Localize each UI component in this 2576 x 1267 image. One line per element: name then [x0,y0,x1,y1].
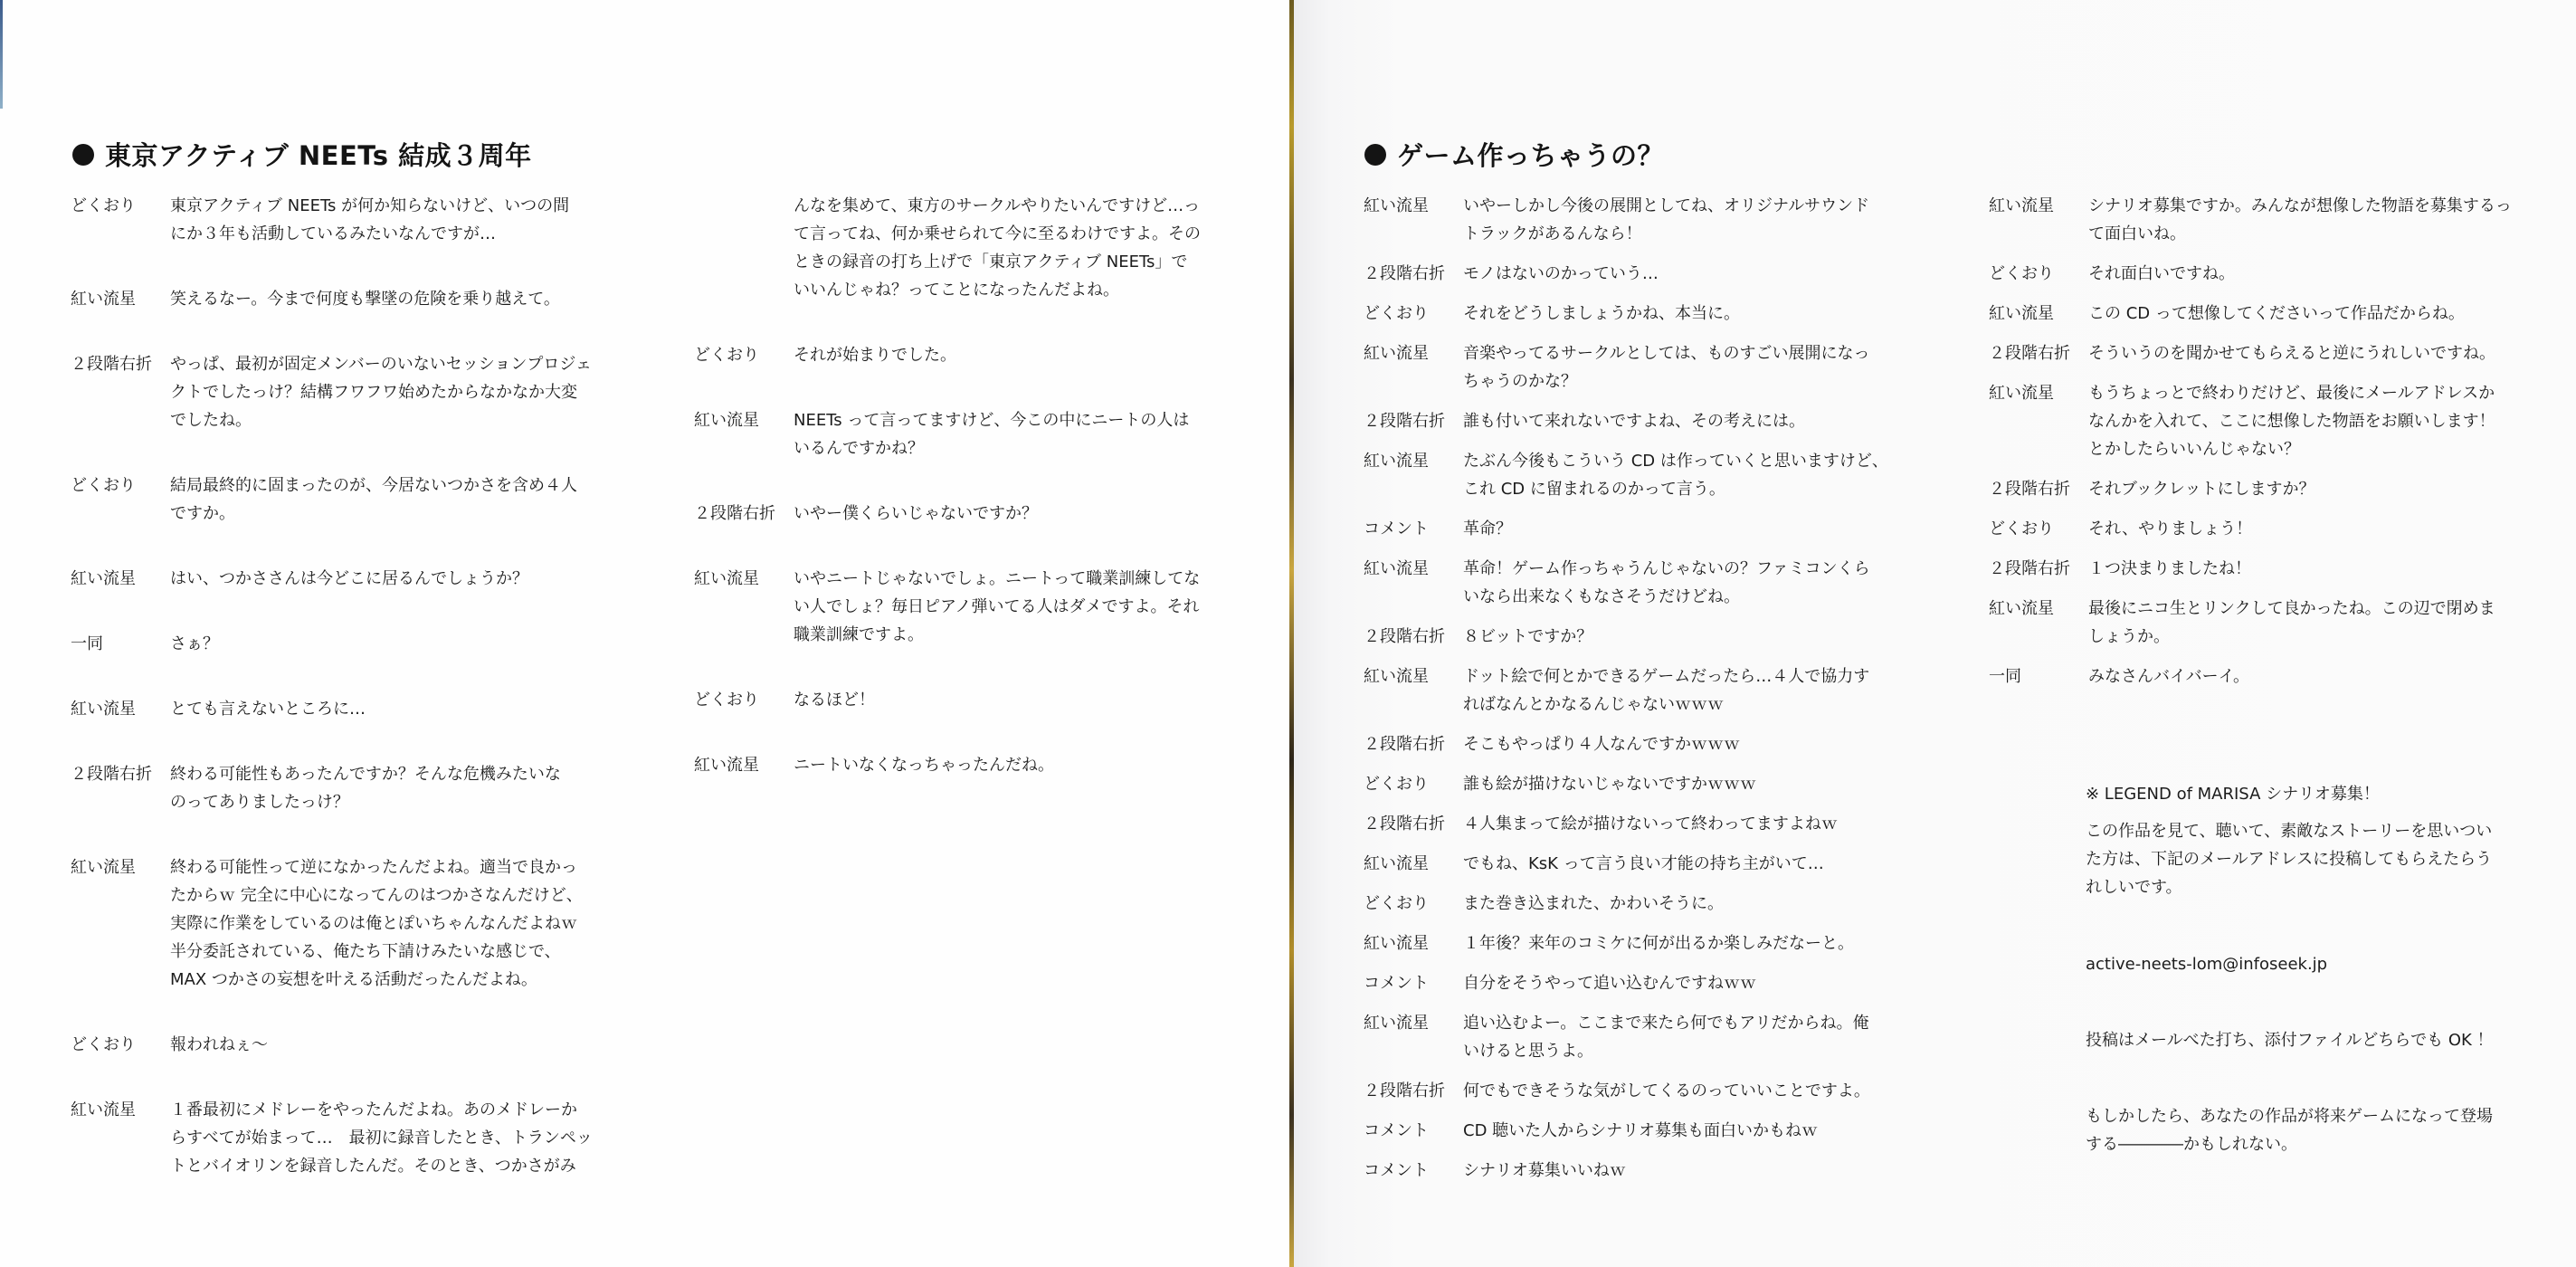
notice-title: ※ LEGEND of MARISA シナリオ募集！ [2086,780,2556,808]
heading-text: ゲーム作っちゃうの？ [1397,136,1664,173]
speaker-name: ２段階右折 [1364,407,1463,435]
dialogue-line: みなさんバイバーイ。 [2088,662,2550,691]
dialogue-line: らすべてが始まって… 最初に録音したとき、トランペッ [170,1124,613,1152]
heading-text: 東京アクティブ NEETs 結成３周年 [105,136,532,173]
dialogue-text: 誰も絵が描けないじゃないですかｗｗｗ [1463,770,1925,798]
dialogue-line: でしたね。 [170,406,613,434]
closing-line: する――――かもしれない。 [2086,1130,2556,1158]
dialogue-line: いやニートじゃないでしょ。ニートって職業訓練してな [794,565,1237,593]
dialogue-text: やっぱ、最初が固定メンバーのいないセッションプロジェクトでしたっけ？結構フワフワ… [170,350,613,434]
dialogue-entry: コメントシナリオ募集いいねｗ [1364,1157,1925,1185]
dialogue-text: 革命！ゲーム作っちゃうんじゃないの？ファミコンくらいなら出来なくもなさそうだけど… [1463,555,1925,611]
speaker-name: ２段階右折 [1364,260,1463,288]
speaker-name: 紅い流星 [1364,555,1463,611]
scenario-recruitment-notice: ※ LEGEND of MARISA シナリオ募集！ この作品を見て、聴いて、素… [2086,780,2556,1158]
dialogue-text: また巻き込まれた、かわいそうに。 [1463,890,1925,918]
speaker-name: ２段階右折 [1364,730,1463,758]
bullet-icon [72,144,94,166]
dialogue-column-left-2: んなを集めて、東方のサークルやりたいんですけど…って言ってね、何か乗せられて今に… [694,192,1237,816]
speaker-name: 紅い流星 [694,406,794,462]
dialogue-line: とかしたらいいんじゃない？ [2088,435,2550,463]
dialogue-line: い人でしょ？毎日ピアノ弾いてる人はダメですよ。それ [794,593,1237,621]
notice-body-line: この作品を見て、聴いて、素敵なストーリーを思いつい [2086,817,2556,845]
dialogue-entry: ２段階右折８ビットですか？ [1364,623,1925,651]
dialogue-entry: どくおりなるほど！ [694,686,1237,714]
dialogue-text: CD 聴いた人からシナリオ募集も面白いかもねｗ [1463,1117,1925,1145]
dialogue-entry: 紅い流星最後にニコ生とリンクして良かったね。この辺で閉めましょうか。 [1989,595,2550,651]
dialogue-text: モノはないのかっていう… [1463,260,1925,288]
dialogue-line: ちゃうのかな？ [1463,367,1925,395]
dialogue-entry: ２段階右折そこもやっぱり４人なんですかｗｗｗ [1364,730,1925,758]
dialogue-entry: 紅い流星シナリオ募集ですか。みんなが想像した物語を募集するって面白いね。 [1989,192,2550,248]
dialogue-text: １年後？来年のコミケに何が出るか楽しみだなーと。 [1463,929,1925,957]
section-heading-left: 東京アクティブ NEETs 結成３周年 [72,136,532,173]
dialogue-text: 誰も付いて来れないですよね、その考えには。 [1463,407,1925,435]
speaker-name: どくおり [694,686,794,714]
dialogue-text: 自分をそうやって追い込むんですねｗｗ [1463,969,1925,997]
dialogue-entry: 一同さぁ？ [71,630,613,658]
dialogue-line: そこもやっぱり４人なんですかｗｗｗ [1463,730,1925,758]
dialogue-line: いなら出来なくもなさそうだけどね。 [1463,583,1925,611]
dialogue-entry: 紅い流星でもね、KsK って言う良い才能の持ち主がいて… [1364,850,1925,878]
dialogue-text: 最後にニコ生とリンクして良かったね。この辺で閉めましょうか。 [2088,595,2550,651]
dialogue-entry: んなを集めて、東方のサークルやりたいんですけど…って言ってね、何か乗せられて今に… [694,192,1237,304]
dialogue-entry: ２段階右折何でもできそうな気がしてくるのっていいことですよ。 [1364,1077,1925,1105]
dialogue-entry: 紅い流星はい、つかささんは今どこに居るんでしょうか？ [71,565,613,593]
dialogue-text: この CD って想像してくださいって作品だからね。 [2088,300,2550,328]
dialogue-text: 東京アクティブ NEETs が何か知らないけど、いつの間にか３年も活動しているみ… [170,192,613,248]
dialogue-text: いやーしかし今後の展開としてね、オリジナルサウンドトラックがあるんなら！ [1463,192,1925,248]
speaker-name: コメント [1364,1117,1463,1145]
speaker-name: 一同 [1989,662,2088,691]
dialogue-text: はい、つかささんは今どこに居るんでしょうか？ [170,565,613,593]
dialogue-line: いやーしかし今後の展開としてね、オリジナルサウンド [1463,192,1925,220]
dialogue-line: 報われねぇ〜 [170,1031,613,1059]
speaker-name: 一同 [71,630,170,658]
dialogue-entry: 紅い流星いやーしかし今後の展開としてね、オリジナルサウンドトラックがあるんなら！ [1364,192,1925,248]
dialogue-entry: ２段階右折それブックレットにしますか？ [1989,475,2550,503]
speaker-name: ２段階右折 [1364,1077,1463,1105]
dialogue-line: 東京アクティブ NEETs が何か知らないけど、いつの間 [170,192,613,220]
speaker-name: コメント [1364,969,1463,997]
dialogue-text: ニートいなくなっちゃったんだね。 [794,751,1237,779]
dialogue-line: １年後？来年のコミケに何が出るか楽しみだなーと。 [1463,929,1925,957]
section-heading-right: ゲーム作っちゃうの？ [1364,136,1664,173]
dialogue-line: クトでしたっけ？結構フワフワ始めたからなかなか大変 [170,378,613,406]
dialogue-line: 革命？ [1463,515,1925,543]
dialogue-line: て面白いね。 [2088,220,2550,248]
dialogue-entry: 紅い流星たぶん今後もこういう CD は作っていくと思いますけど、これ CD に留… [1364,447,1925,503]
submission-note: 投稿はメールべた打ち、添付ファイルどちらでも OK ！ [2086,1026,2556,1054]
dialogue-line: ニートいなくなっちゃったんだね。 [794,751,1237,779]
speaker-name [694,192,794,304]
dialogue-text: ８ビットですか？ [1463,623,1925,651]
dialogue-line: 自分をそうやって追い込むんですねｗｗ [1463,969,1925,997]
dialogue-line: １番最初にメドレーをやったんだよね。あのメドレーか [170,1096,613,1124]
dialogue-text: それ、やりましょう！ [2088,515,2550,543]
speaker-name: どくおり [1989,515,2088,543]
speaker-name: 紅い流星 [1989,192,2088,248]
closing-line: もしかしたら、あなたの作品が将来ゲームになって登場 [2086,1102,2556,1130]
dialogue-line: この CD って想像してくださいって作品だからね。 [2088,300,2550,328]
speaker-name: ２段階右折 [71,350,170,434]
speaker-name: コメント [1364,515,1463,543]
dialogue-entry: どくおりそれ面白いですね。 [1989,260,2550,288]
dialogue-line: て言ってね、何か乗せられて今に至るわけですよ。その [794,220,1237,248]
dialogue-text: 革命？ [1463,515,1925,543]
right-page: ゲーム作っちゃうの？ 紅い流星いやーしかし今後の展開としてね、オリジナルサウンド… [1294,0,2576,1267]
dialogue-text: NEETs って言ってますけど、今この中にニートの人はいるんですかね？ [794,406,1237,462]
dialogue-text: 音楽やってるサークルとしては、ものすごい展開になっちゃうのかな？ [1463,339,1925,395]
dialogue-text: ドット絵で何とかできるゲームだったら…４人で協力すればなんとかなるんじゃないｗｗ… [1463,662,1925,719]
dialogue-line: しょうか。 [2088,623,2550,651]
speaker-name: 紅い流星 [694,751,794,779]
dialogue-entry: コメント自分をそうやって追い込むんですねｗｗ [1364,969,1925,997]
speaker-name: 紅い流星 [1989,379,2088,463]
dialogue-text: 笑えるなー。今まで何度も撃墜の危険を乗り越えて。 [170,285,613,313]
speaker-name: どくおり [71,1031,170,1059]
speaker-name: 紅い流星 [1364,447,1463,503]
speaker-name: どくおり [1364,770,1463,798]
dialogue-line: それをどうしましょうかね、本当に。 [1463,300,1925,328]
dialogue-line: 笑えるなー。今まで何度も撃墜の危険を乗り越えて。 [170,285,613,313]
dialogue-entry: ２段階右折１つ決まりましたね！ [1989,555,2550,583]
dialogue-line: モノはないのかっていう… [1463,260,1925,288]
dialogue-entry: ２段階右折そういうのを聞かせてもらえると逆にうれしいですね。 [1989,339,2550,367]
dialogue-line: １つ決まりましたね！ [2088,555,2550,583]
speaker-name: 紅い流星 [1989,300,2088,328]
dialogue-text: んなを集めて、東方のサークルやりたいんですけど…って言ってね、何か乗せられて今に… [794,192,1237,304]
dialogue-column-left-1: どくおり東京アクティブ NEETs が何か知らないけど、いつの間にか３年も活動し… [71,192,613,1217]
dialogue-line: それ面白いですね。 [2088,260,2550,288]
dialogue-entry: 紅い流星音楽やってるサークルとしては、ものすごい展開になっちゃうのかな？ [1364,339,1925,395]
notice-body: この作品を見て、聴いて、素敵なストーリーを思いつい た方は、下記のメールアドレス… [2086,817,2556,901]
speaker-name: どくおり [1364,890,1463,918]
dialogue-line: ４人集まって絵が描けないって終わってますよねｗ [1463,810,1925,838]
dialogue-text: 報われねぇ〜 [170,1031,613,1059]
dialogue-line: いけると思うよ。 [1463,1037,1925,1065]
dialogue-line: トラックがあるんなら！ [1463,220,1925,248]
dialogue-entry: 紅い流星この CD って想像してくださいって作品だからね。 [1989,300,2550,328]
dialogue-text: たぶん今後もこういう CD は作っていくと思いますけど、これ CD に留まれるの… [1463,447,1925,503]
dialogue-line: CD 聴いた人からシナリオ募集も面白いかもねｗ [1463,1117,1925,1145]
dialogue-entry: どくおり東京アクティブ NEETs が何か知らないけど、いつの間にか３年も活動し… [71,192,613,248]
dialogue-entry: どくおりそれが始まりでした。 [694,341,1237,369]
speaker-name: ２段階右折 [1364,623,1463,651]
dialogue-text: いやー僕くらいじゃないですか？ [794,500,1237,528]
dialogue-text: それ面白いですね。 [2088,260,2550,288]
speaker-name: ２段階右折 [1364,810,1463,838]
speaker-name: どくおり [1364,300,1463,328]
speaker-name: 紅い流星 [1364,662,1463,719]
dialogue-entry: どくおり報われねぇ〜 [71,1031,613,1059]
dialogue-line: また巻き込まれた、かわいそうに。 [1463,890,1925,918]
dialogue-text: 結局最終的に固まったのが、今居ないつかさを含め４人ですか。 [170,472,613,528]
dialogue-line: でもね、KsK って言う良い才能の持ち主がいて… [1463,850,1925,878]
dialogue-text: なるほど！ [794,686,1237,714]
dialogue-entry: 紅い流星笑えるなー。今まで何度も撃墜の危険を乗り越えて。 [71,285,613,313]
closing-text: もしかしたら、あなたの作品が将来ゲームになって登場 する――――かもしれない。 [2086,1102,2556,1158]
dialogue-text: 何でもできそうな気がしてくるのっていいことですよ。 [1463,1077,1925,1105]
speaker-name: ２段階右折 [694,500,794,528]
dialogue-entry: ２段階右折いやー僕くらいじゃないですか？ [694,500,1237,528]
speaker-name: 紅い流星 [1364,339,1463,395]
speaker-name: 紅い流星 [1364,850,1463,878]
dialogue-entry: どくおり誰も絵が描けないじゃないですかｗｗｗ [1364,770,1925,798]
dialogue-line: シナリオ募集いいねｗ [1463,1157,1925,1185]
dialogue-text: シナリオ募集いいねｗ [1463,1157,1925,1185]
dialogue-line: ８ビットですか？ [1463,623,1925,651]
dialogue-text: それブックレットにしますか？ [2088,475,2550,503]
left-page: 東京アクティブ NEETs 結成３周年 どくおり東京アクティブ NEETs が何… [0,0,1290,1267]
dialogue-line: シナリオ募集ですか。みんなが想像した物語を募集するっ [2088,192,2550,220]
dialogue-entry: ２段階右折４人集まって絵が描けないって終わってますよねｗ [1364,810,1925,838]
dialogue-line: のってありましたっけ？ [170,788,613,816]
dialogue-entry: どくおりそれ、やりましょう！ [1989,515,2550,543]
dialogue-column-right-1: 紅い流星いやーしかし今後の展開としてね、オリジナルサウンドトラックがあるんなら！… [1364,192,1925,1196]
speaker-name: 紅い流星 [71,1096,170,1180]
speaker-name: 紅い流星 [71,285,170,313]
dialogue-line: ですか。 [170,500,613,528]
dialogue-line: 誰も絵が描けないじゃないですかｗｗｗ [1463,770,1925,798]
dialogue-text: それが始まりでした。 [794,341,1237,369]
dialogue-line: MAX つかさの妄想を叶える活動だったんだよね。 [170,966,613,994]
dialogue-line: それ、やりましょう！ [2088,515,2550,543]
dialogue-line: もうちょっとで終わりだけど、最後にメールアドレスか [2088,379,2550,407]
dialogue-line: 結局最終的に固まったのが、今居ないつかさを含め４人 [170,472,613,500]
dialogue-entry: 紅い流星もうちょっとで終わりだけど、最後にメールアドレスかなんかを入れて、ここに… [1989,379,2550,463]
dialogue-entry: ２段階右折終わる可能性もあったんですか？そんな危機みたいなのってありましたっけ？ [71,760,613,816]
dialogue-line: 革命！ゲーム作っちゃうんじゃないの？ファミコンくら [1463,555,1925,583]
dialogue-entry: どくおりまた巻き込まれた、かわいそうに。 [1364,890,1925,918]
speaker-name: どくおり [694,341,794,369]
speaker-name: 紅い流星 [71,565,170,593]
dialogue-line: ればなんとかなるんじゃないｗｗｗ [1463,691,1925,719]
dialogue-line: たぶん今後もこういう CD は作っていくと思いますけど、 [1463,447,1925,475]
dialogue-line: それが始まりでした。 [794,341,1237,369]
speaker-name: ２段階右折 [1989,339,2088,367]
dialogue-line: トとバイオリンを録音したんだ。そのとき、つかさがみ [170,1152,613,1180]
speaker-name: どくおり [1989,260,2088,288]
dialogue-line: 終わる可能性もあったんですか？そんな危機みたいな [170,760,613,788]
dialogue-entry: 一同みなさんバイバーイ。 [1989,662,2550,691]
speaker-name: どくおり [71,192,170,248]
dialogue-line: ドット絵で何とかできるゲームだったら…４人で協力す [1463,662,1925,691]
dialogue-entry: 紅い流星NEETs って言ってますけど、今この中にニートの人はいるんですかね？ [694,406,1237,462]
speaker-name: 紅い流星 [1364,192,1463,248]
notice-body-line: れしいです。 [2086,873,2556,901]
dialogue-line: 終わる可能性って逆になかったんだよね。適当で良かっ [170,853,613,881]
speaker-name: どくおり [71,472,170,528]
dialogue-line: さぁ？ [170,630,613,658]
dialogue-line: たからｗ 完全に中心になってんのはつかさなんだけど、 [170,881,613,910]
bullet-icon [1364,144,1386,166]
dialogue-text: それをどうしましょうかね、本当に。 [1463,300,1925,328]
speaker-name: 紅い流星 [71,853,170,994]
dialogue-entry: コメント革命？ [1364,515,1925,543]
dialogue-text: さぁ？ [170,630,613,658]
dialogue-entry: ２段階右折誰も付いて来れないですよね、その考えには。 [1364,407,1925,435]
dialogue-entry: 紅い流星１番最初にメドレーをやったんだよね。あのメドレーからすべてが始まって… … [71,1096,613,1180]
dialogue-text: シナリオ募集ですか。みんなが想像した物語を募集するって面白いね。 [2088,192,2550,248]
speaker-name: 紅い流星 [1364,1009,1463,1065]
dialogue-line: とても言えないところに… [170,695,613,723]
notice-body-line: た方は、下記のメールアドレスに投稿してもらえたらう [2086,845,2556,873]
dialogue-entry: 紅い流星追い込むよー。ここまで来たら何でもアリだからね。俺いけると思うよ。 [1364,1009,1925,1065]
speaker-name: コメント [1364,1157,1463,1185]
dialogue-entry: 紅い流星ドット絵で何とかできるゲームだったら…４人で協力すればなんとかなるんじゃ… [1364,662,1925,719]
dialogue-line: んなを集めて、東方のサークルやりたいんですけど…っ [794,192,1237,220]
dialogue-line: 半分委託されている、俺たち下請けみたいな感じで、 [170,938,613,966]
dialogue-line: いるんですかね？ [794,434,1237,462]
dialogue-line: そういうのを聞かせてもらえると逆にうれしいですね。 [2088,339,2550,367]
page-edge-decoration [0,0,3,109]
dialogue-entry: 紅い流星終わる可能性って逆になかったんだよね。適当で良かったからｗ 完全に中心に… [71,853,613,994]
dialogue-entry: 紅い流星革命！ゲーム作っちゃうんじゃないの？ファミコンくらいなら出来なくもなさそ… [1364,555,1925,611]
speaker-name: ２段階右折 [1989,475,2088,503]
dialogue-entry: 紅い流星１年後？来年のコミケに何が出るか楽しみだなーと。 [1364,929,1925,957]
speaker-name: 紅い流星 [694,565,794,649]
dialogue-text: みなさんバイバーイ。 [2088,662,2550,691]
dialogue-line: ときの録音の打ち上げで「東京アクティブ NEETs」で [794,248,1237,276]
dialogue-line: 何でもできそうな気がしてくるのっていいことですよ。 [1463,1077,1925,1105]
dialogue-line: はい、つかささんは今どこに居るんでしょうか？ [170,565,613,593]
speaker-name: 紅い流星 [1364,929,1463,957]
dialogue-line: にか３年も活動しているみたいなんですが… [170,220,613,248]
speaker-name: ２段階右折 [71,760,170,816]
dialogue-text: そういうのを聞かせてもらえると逆にうれしいですね。 [2088,339,2550,367]
dialogue-entry: ２段階右折やっぱ、最初が固定メンバーのいないセッションプロジェクトでしたっけ？結… [71,350,613,434]
dialogue-text: そこもやっぱり４人なんですかｗｗｗ [1463,730,1925,758]
speaker-name: 紅い流星 [1989,595,2088,651]
dialogue-line: それブックレットにしますか？ [2088,475,2550,503]
dialogue-line: 最後にニコ生とリンクして良かったね。この辺で閉めま [2088,595,2550,623]
dialogue-line: やっぱ、最初が固定メンバーのいないセッションプロジェ [170,350,613,378]
dialogue-text: いやニートじゃないでしょ。ニートって職業訓練してない人でしょ？毎日ピアノ弾いてる… [794,565,1237,649]
speaker-name: 紅い流星 [71,695,170,723]
dialogue-entry: 紅い流星ニートいなくなっちゃったんだね。 [694,751,1237,779]
dialogue-line: なるほど！ [794,686,1237,714]
dialogue-entry: どくおりそれをどうしましょうかね、本当に。 [1364,300,1925,328]
dialogue-text: 終わる可能性もあったんですか？そんな危機みたいなのってありましたっけ？ [170,760,613,816]
dialogue-line: 音楽やってるサークルとしては、ものすごい展開になっ [1463,339,1925,367]
dialogue-entry: 紅い流星いやニートじゃないでしょ。ニートって職業訓練してない人でしょ？毎日ピアノ… [694,565,1237,649]
dialogue-text: ４人集まって絵が描けないって終わってますよねｗ [1463,810,1925,838]
dialogue-text: 追い込むよー。ここまで来たら何でもアリだからね。俺いけると思うよ。 [1463,1009,1925,1065]
dialogue-line: これ CD に留まれるのかって言う。 [1463,475,1925,503]
dialogue-text: もうちょっとで終わりだけど、最後にメールアドレスかなんかを入れて、ここに想像した… [2088,379,2550,463]
dialogue-entry: コメントCD 聴いた人からシナリオ募集も面白いかもねｗ [1364,1117,1925,1145]
dialogue-line: 実際に作業をしているのは俺とぽいちゃんなんだよねｗ [170,910,613,938]
dialogue-line: 誰も付いて来れないですよね、その考えには。 [1463,407,1925,435]
dialogue-line: いいんじゃね？ってことになったんだよね。 [794,276,1237,304]
dialogue-text: １つ決まりましたね！ [2088,555,2550,583]
dialogue-text: 終わる可能性って逆になかったんだよね。適当で良かったからｗ 完全に中心になってん… [170,853,613,994]
dialogue-line: 職業訓練ですよ。 [794,621,1237,649]
dialogue-line: いやー僕くらいじゃないですか？ [794,500,1237,528]
dialogue-line: 追い込むよー。ここまで来たら何でもアリだからね。俺 [1463,1009,1925,1037]
dialogue-text: とても言えないところに… [170,695,613,723]
speaker-name: ２段階右折 [1989,555,2088,583]
dialogue-entry: ２段階右折モノはないのかっていう… [1364,260,1925,288]
email-address-link[interactable]: active-neets-lom@infoseek.jp [2086,950,2556,978]
dialogue-entry: どくおり結局最終的に固まったのが、今居ないつかさを含め４人ですか。 [71,472,613,528]
dialogue-text: でもね、KsK って言う良い才能の持ち主がいて… [1463,850,1925,878]
dialogue-text: １番最初にメドレーをやったんだよね。あのメドレーからすべてが始まって… 最初に録… [170,1096,613,1180]
dialogue-entry: 紅い流星とても言えないところに… [71,695,613,723]
dialogue-column-right-2: 紅い流星シナリオ募集ですか。みんなが想像した物語を募集するって面白いね。どくおり… [1989,192,2550,702]
dialogue-line: NEETs って言ってますけど、今この中にニートの人は [794,406,1237,434]
dialogue-line: なんかを入れて、ここに想像した物語をお願いします！ [2088,407,2550,435]
